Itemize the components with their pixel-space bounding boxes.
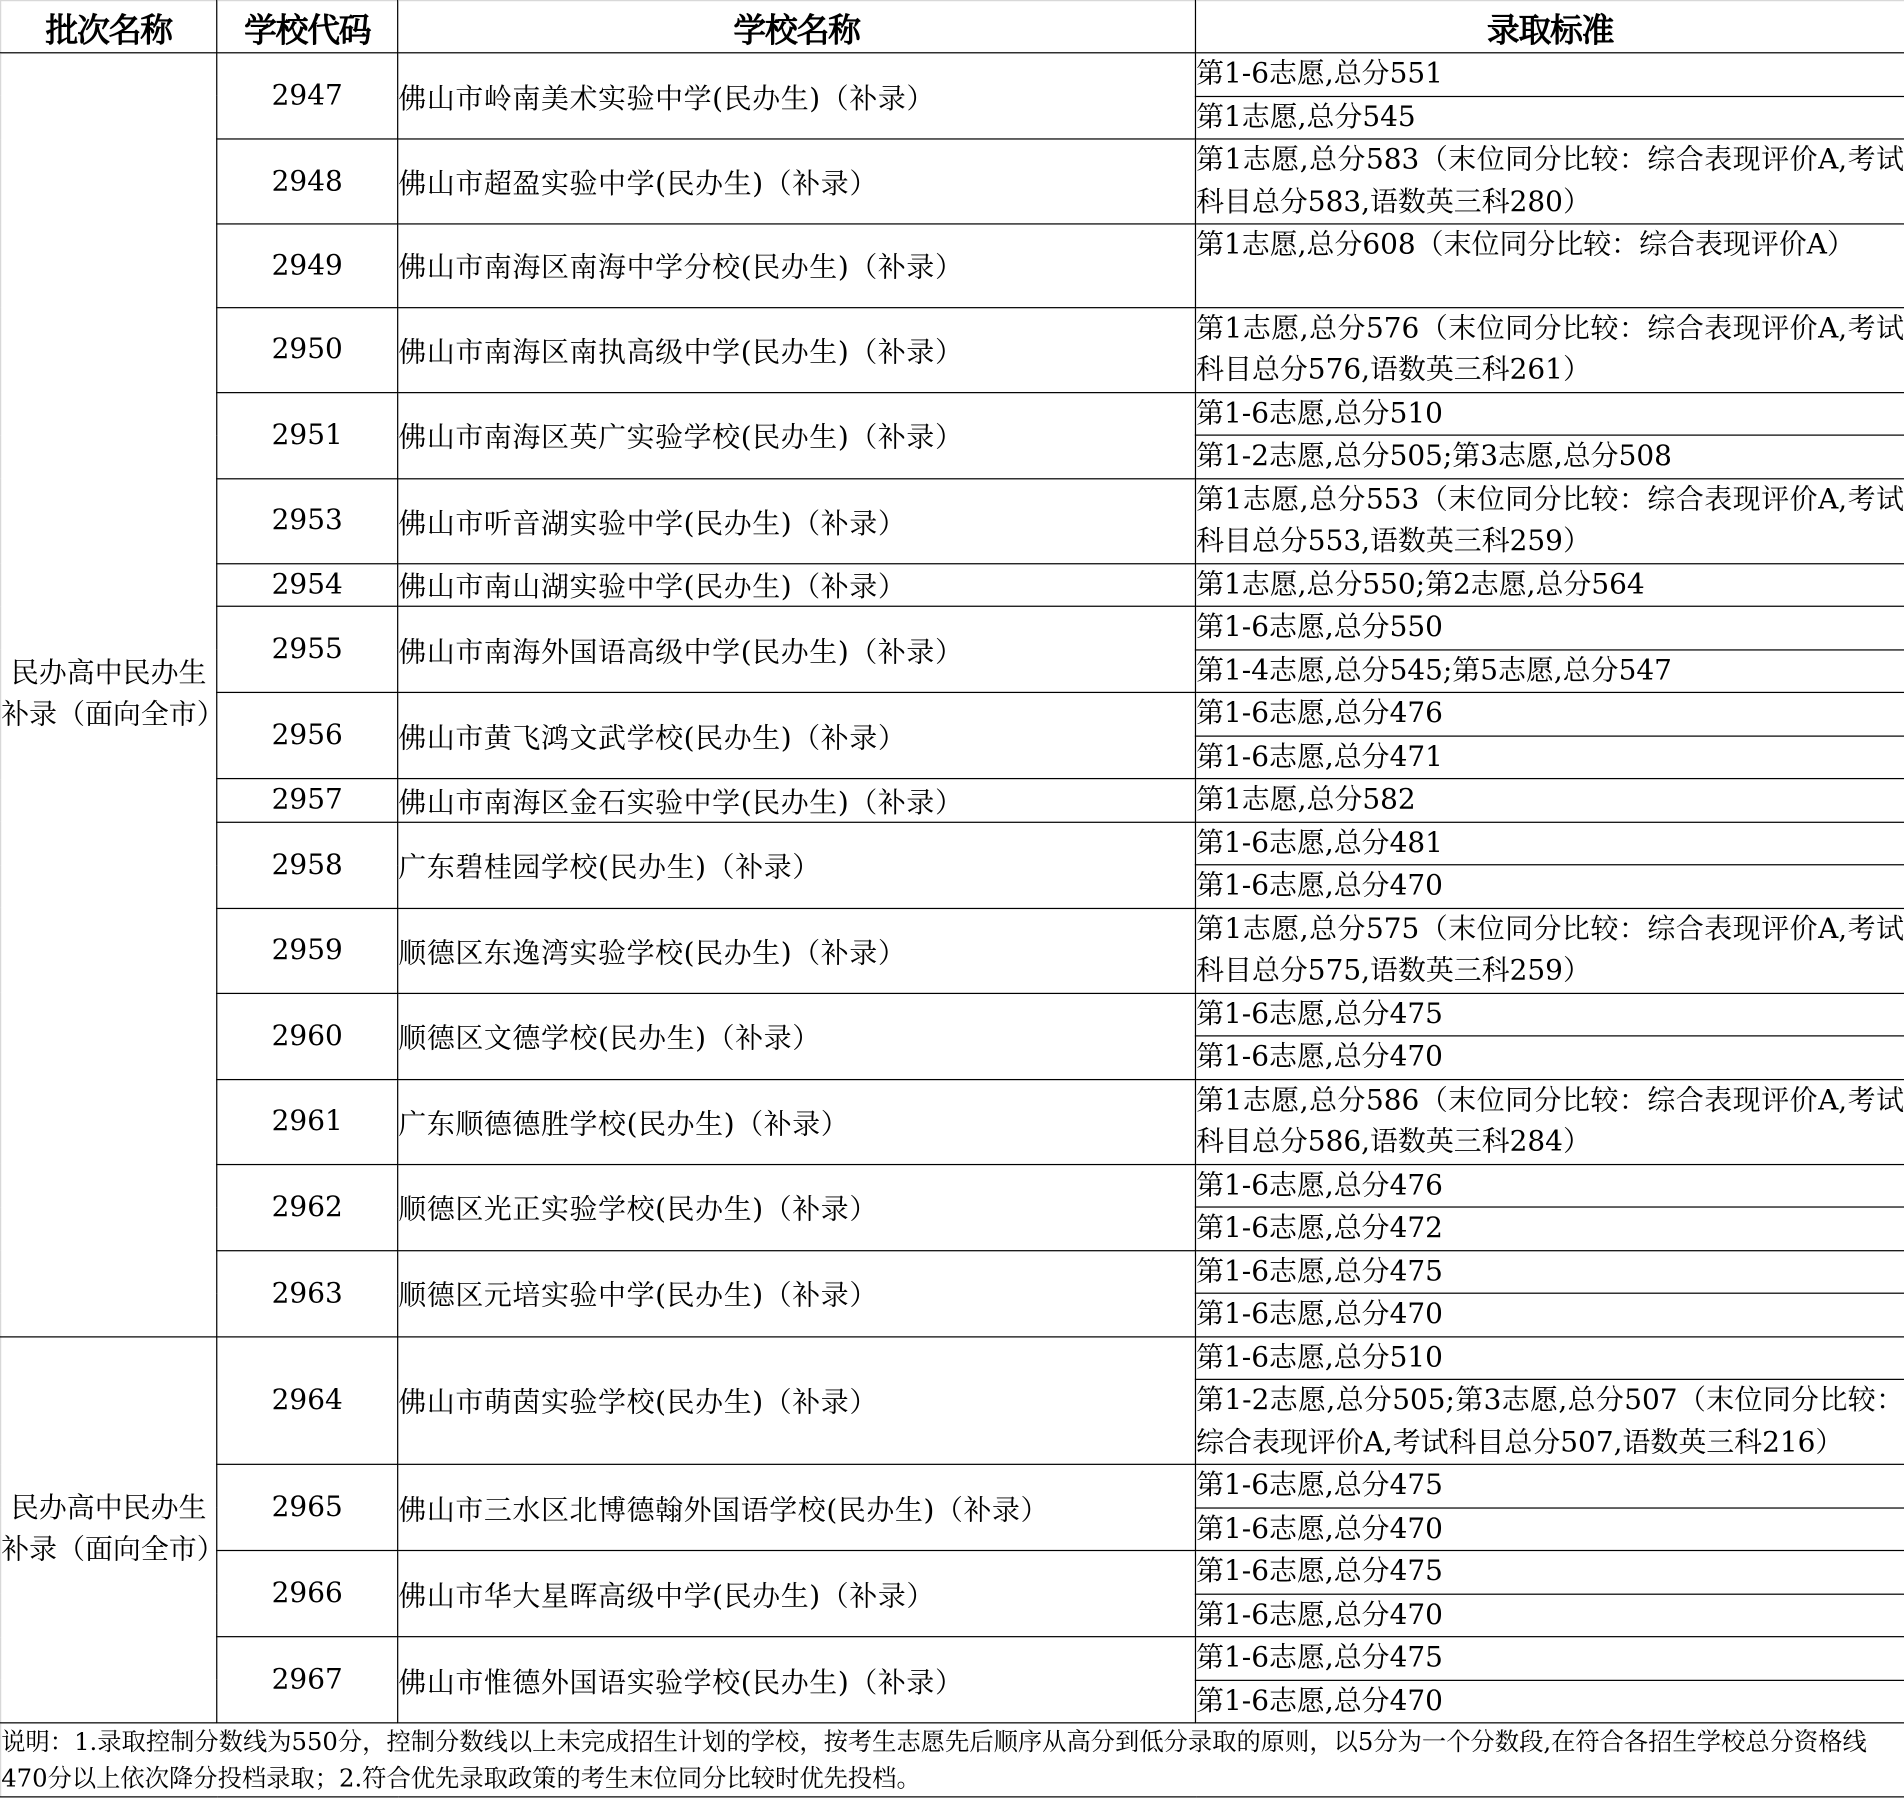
school-code-cell: 2948 [217, 139, 398, 224]
school-code-cell: 2953 [217, 478, 398, 563]
admission-standard-cell: 第1-6志愿,总分550 [1195, 606, 1904, 649]
admission-standard-cell: 第1志愿,总分586（末位同分比较：综合表现评价A,考试科目总分586,语数英三… [1195, 1079, 1904, 1164]
header-batch-name: 批次名称 [1, 1, 217, 53]
school-name-cell: 佛山市南海外国语高级中学(民办生)（补录） [398, 606, 1196, 692]
batch-name-cell: 民办高中民办生补录（面向全市） [1, 1336, 217, 1723]
batch-name-cell: 民办高中民办生补录（面向全市） [1, 53, 217, 1336]
school-name-cell: 佛山市黄飞鸿文武学校(民办生)（补录） [398, 692, 1196, 778]
admission-standard-cell: 第1-6志愿,总分470 [1195, 1680, 1904, 1723]
admission-standards-table: 批次名称 学校代码 学校名称 录取标准 民办高中民办生补录（面向全市）2947佛… [0, 0, 1904, 1797]
school-name-cell: 广东顺德德胜学校(民办生)（补录） [398, 1079, 1196, 1164]
admission-standard-cell: 第1-6志愿,总分470 [1195, 1507, 1904, 1550]
admission-standard-cell: 第1-6志愿,总分470 [1195, 1293, 1904, 1336]
admission-standard-cell: 第1志愿,总分545 [1195, 96, 1904, 139]
footnote: 说明：1.录取控制分数线为550分，控制分数线以上未完成招生计划的学校，按考生志… [1, 1723, 1904, 1797]
school-code-cell: 2966 [217, 1551, 398, 1637]
school-name-cell: 佛山市南海区金石实验中学(民办生)（补录） [398, 779, 1196, 822]
table-row: 2962顺德区光正实验学校(民办生)（补录）第1-6志愿,总分476 [1, 1164, 1904, 1207]
admission-standard-cell: 第1志愿,总分608（末位同分比较：综合表现评价A） [1195, 224, 1904, 307]
school-code-cell: 2950 [217, 307, 398, 392]
table-row: 2949佛山市南海区南海中学分校(民办生)（补录）第1志愿,总分608（末位同分… [1, 224, 1904, 307]
school-name-cell: 顺德区元培实验中学(民办生)（补录） [398, 1250, 1196, 1336]
admission-standard-cell: 第1-6志愿,总分470 [1195, 1594, 1904, 1637]
admission-standard-cell: 第1-6志愿,总分476 [1195, 1164, 1904, 1207]
table-row: 2958广东碧桂园学校(民办生)（补录）第1-6志愿,总分481 [1, 822, 1904, 865]
school-name-cell: 顺德区文德学校(民办生)（补录） [398, 993, 1196, 1079]
admission-standard-cell: 第1-6志愿,总分470 [1195, 1036, 1904, 1079]
table-row: 民办高中民办生补录（面向全市）2964佛山市萌茵实验学校(民办生)（补录）第1-… [1, 1336, 1904, 1379]
school-code-cell: 2954 [217, 563, 398, 606]
admission-standard-cell: 第1-6志愿,总分475 [1195, 1551, 1904, 1594]
school-name-cell: 佛山市三水区北博德翰外国语学校(民办生)（补录） [398, 1464, 1196, 1550]
school-code-cell: 2957 [217, 779, 398, 822]
school-code-cell: 2958 [217, 822, 398, 908]
school-code-cell: 2959 [217, 908, 398, 993]
table-row: 2948佛山市超盈实验中学(民办生)（补录）第1志愿,总分583（末位同分比较：… [1, 139, 1904, 224]
admission-standard-cell: 第1-6志愿,总分471 [1195, 736, 1904, 779]
spreadsheet-page: 批次名称 学校代码 学校名称 录取标准 民办高中民办生补录（面向全市）2947佛… [0, 0, 1904, 1806]
admission-standard-cell: 第1-6志愿,总分475 [1195, 1464, 1904, 1507]
header-admission-standard: 录取标准 [1195, 1, 1904, 53]
admission-standard-cell: 第1-4志愿,总分545;第5志愿,总分547 [1195, 649, 1904, 692]
school-name-cell: 顺德区光正实验学校(民办生)（补录） [398, 1164, 1196, 1250]
table-row: 2959顺德区东逸湾实验学校(民办生)（补录）第1志愿,总分575（末位同分比较… [1, 908, 1904, 993]
table-row: 2955佛山市南海外国语高级中学(民办生)（补录）第1-6志愿,总分550 [1, 606, 1904, 649]
school-code-cell: 2961 [217, 1079, 398, 1164]
header-school-code: 学校代码 [217, 1, 398, 53]
admission-standard-cell: 第1志愿,总分582 [1195, 779, 1904, 822]
admission-standard-cell: 第1-6志愿,总分551 [1195, 53, 1904, 96]
school-code-cell: 2965 [217, 1464, 398, 1550]
table-row: 2960顺德区文德学校(民办生)（补录）第1-6志愿,总分475 [1, 993, 1904, 1036]
school-code-cell: 2955 [217, 606, 398, 692]
admission-standard-cell: 第1志愿,总分550;第2志愿,总分564 [1195, 563, 1904, 606]
school-name-cell: 佛山市南海区南海中学分校(民办生)（补录） [398, 224, 1196, 307]
school-name-cell: 佛山市萌茵实验学校(民办生)（补录） [398, 1336, 1196, 1464]
admission-standard-cell: 第1-6志愿,总分475 [1195, 1637, 1904, 1680]
admission-standard-cell: 第1志愿,总分576（末位同分比较：综合表现评价A,考试科目总分576,语数英三… [1195, 307, 1904, 392]
table-row: 2966佛山市华大星晖高级中学(民办生)（补录）第1-6志愿,总分475 [1, 1551, 1904, 1594]
admission-standard-cell: 第1-6志愿,总分472 [1195, 1207, 1904, 1250]
school-code-cell: 2967 [217, 1637, 398, 1723]
school-name-cell: 顺德区东逸湾实验学校(民办生)（补录） [398, 908, 1196, 993]
admission-standard-cell: 第1志愿,总分575（末位同分比较：综合表现评价A,考试科目总分575,语数英三… [1195, 908, 1904, 993]
school-name-cell: 佛山市南山湖实验中学(民办生)（补录） [398, 563, 1196, 606]
school-name-cell: 佛山市听音湖实验中学(民办生)（补录） [398, 478, 1196, 563]
school-name-cell: 佛山市岭南美术实验中学(民办生)（补录） [398, 53, 1196, 139]
admission-standard-cell: 第1-2志愿,总分505;第3志愿,总分507（末位同分比较：综合表现评价A,考… [1195, 1379, 1904, 1464]
school-code-cell: 2962 [217, 1164, 398, 1250]
school-code-cell: 2964 [217, 1336, 398, 1464]
table-row: 民办高中民办生补录（面向全市）2947佛山市岭南美术实验中学(民办生)（补录）第… [1, 53, 1904, 96]
table-row: 2950佛山市南海区南执高级中学(民办生)（补录）第1志愿,总分576（末位同分… [1, 307, 1904, 392]
admission-standard-cell: 第1志愿,总分583（末位同分比较：综合表现评价A,考试科目总分583,语数英三… [1195, 139, 1904, 224]
admission-standard-cell: 第1-2志愿,总分505;第3志愿,总分508 [1195, 435, 1904, 478]
note-row: 说明：1.录取控制分数线为550分，控制分数线以上未完成招生计划的学校，按考生志… [1, 1723, 1904, 1797]
school-code-cell: 2947 [217, 53, 398, 139]
school-name-cell: 佛山市南海区英广实验学校(民办生)（补录） [398, 392, 1196, 478]
admission-standard-cell: 第1-6志愿,总分475 [1195, 1250, 1904, 1293]
school-code-cell: 2956 [217, 692, 398, 778]
admission-standard-cell: 第1-6志愿,总分510 [1195, 1336, 1904, 1379]
admission-standard-cell: 第1-6志愿,总分481 [1195, 822, 1904, 865]
table-row: 2954佛山市南山湖实验中学(民办生)（补录）第1志愿,总分550;第2志愿,总… [1, 563, 1904, 606]
school-code-cell: 2951 [217, 392, 398, 478]
table-row: 2951佛山市南海区英广实验学校(民办生)（补录）第1-6志愿,总分510 [1, 392, 1904, 435]
table-row: 2953佛山市听音湖实验中学(民办生)（补录）第1志愿,总分553（末位同分比较… [1, 478, 1904, 563]
school-name-cell: 佛山市超盈实验中学(民办生)（补录） [398, 139, 1196, 224]
school-name-cell: 佛山市惟德外国语实验学校(民办生)（补录） [398, 1637, 1196, 1723]
header-school-name: 学校名称 [398, 1, 1196, 53]
table-row: 2967佛山市惟德外国语实验学校(民办生)（补录）第1-6志愿,总分475 [1, 1637, 1904, 1680]
admission-standard-cell: 第1-6志愿,总分476 [1195, 692, 1904, 735]
table-row: 2963顺德区元培实验中学(民办生)（补录）第1-6志愿,总分475 [1, 1250, 1904, 1293]
school-name-cell: 佛山市华大星晖高级中学(民办生)（补录） [398, 1551, 1196, 1637]
school-name-cell: 广东碧桂园学校(民办生)（补录） [398, 822, 1196, 908]
admission-standard-cell: 第1-6志愿,总分470 [1195, 865, 1904, 908]
admission-standard-cell: 第1-6志愿,总分510 [1195, 392, 1904, 435]
school-name-cell: 佛山市南海区南执高级中学(民办生)（补录） [398, 307, 1196, 392]
table-row: 2965佛山市三水区北博德翰外国语学校(民办生)（补录）第1-6志愿,总分475 [1, 1464, 1904, 1507]
admission-standard-cell: 第1-6志愿,总分475 [1195, 993, 1904, 1036]
header-row: 批次名称 学校代码 学校名称 录取标准 [1, 1, 1904, 53]
school-code-cell: 2960 [217, 993, 398, 1079]
table-row: 2961广东顺德德胜学校(民办生)（补录）第1志愿,总分586（末位同分比较：综… [1, 1079, 1904, 1164]
admission-standard-cell: 第1志愿,总分553（末位同分比较：综合表现评价A,考试科目总分553,语数英三… [1195, 478, 1904, 563]
school-code-cell: 2949 [217, 224, 398, 307]
school-code-cell: 2963 [217, 1250, 398, 1336]
table-row: 2957佛山市南海区金石实验中学(民办生)（补录）第1志愿,总分582 [1, 779, 1904, 822]
table-row: 2956佛山市黄飞鸿文武学校(民办生)（补录）第1-6志愿,总分476 [1, 692, 1904, 735]
